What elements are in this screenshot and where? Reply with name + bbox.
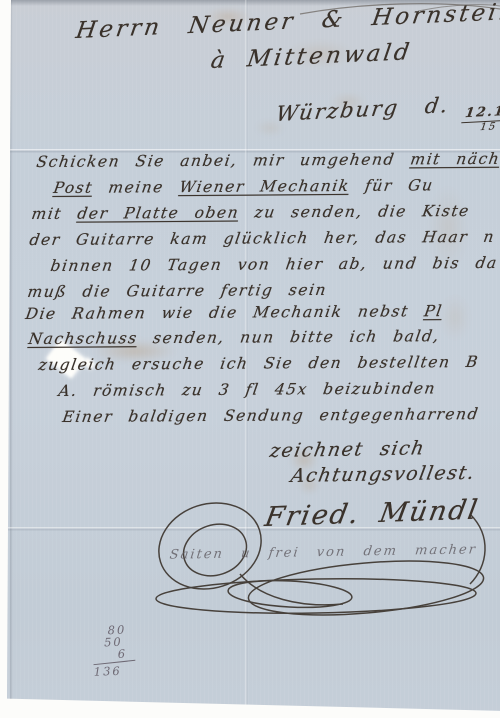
body-line: der Guitarre kam glücklich her, das Haar… (28, 228, 496, 249)
closing-line-1: zeichnet sich (268, 437, 427, 462)
dateline: Würzburg d.12.1015 (272, 89, 500, 144)
body-line: Nachschuss senden, nun bitte ich bald, (27, 327, 441, 348)
dateline-year: 15 (479, 121, 497, 133)
pencil-sum: 80 50 6 136 (92, 623, 136, 678)
dateline-date: 12.1015 (459, 104, 500, 134)
body-line: Die Rahmen wie die Mechanik nebst Pl (24, 302, 444, 323)
dateline-particle: d. (423, 93, 451, 118)
body-line: Schicken Sie anbei, mir umgehend mit näc… (35, 150, 500, 171)
address-line-recipient: Herrn Neuner & Hornsteiner (74, 0, 500, 44)
dateline-day: 12.10 (461, 104, 500, 123)
scanned-letter: Herrn Neuner & Hornsteiner à Mittenwald … (0, 0, 500, 718)
closing-line-2: Achtungsvollest. (289, 462, 477, 487)
dateline-place: Würzburg (275, 96, 401, 126)
body-line: A. römisch zu 3 fl 45x beizubinden (57, 379, 437, 400)
sum-total: 136 (94, 664, 136, 678)
sum-addend: 6 (93, 647, 135, 661)
address-line-place: à Mittenwald (209, 39, 414, 74)
body-line: muß die Guitarre fertig sein (26, 281, 328, 301)
body-line: mit der Platte oben zu senden, die Kiste (30, 202, 471, 223)
body-line: Post meine Wiener Mechanik für Gu (52, 176, 435, 197)
body-line: zugleich ersuche ich Sie den bestellten … (37, 353, 480, 374)
body-line: Einer baldigen Sendung entgegenharrend (61, 405, 480, 426)
body-line: binnen 10 Tagen von hier ab, und bis da (49, 254, 499, 275)
letter-paper: Herrn Neuner & Hornsteiner à Mittenwald … (0, 0, 500, 718)
